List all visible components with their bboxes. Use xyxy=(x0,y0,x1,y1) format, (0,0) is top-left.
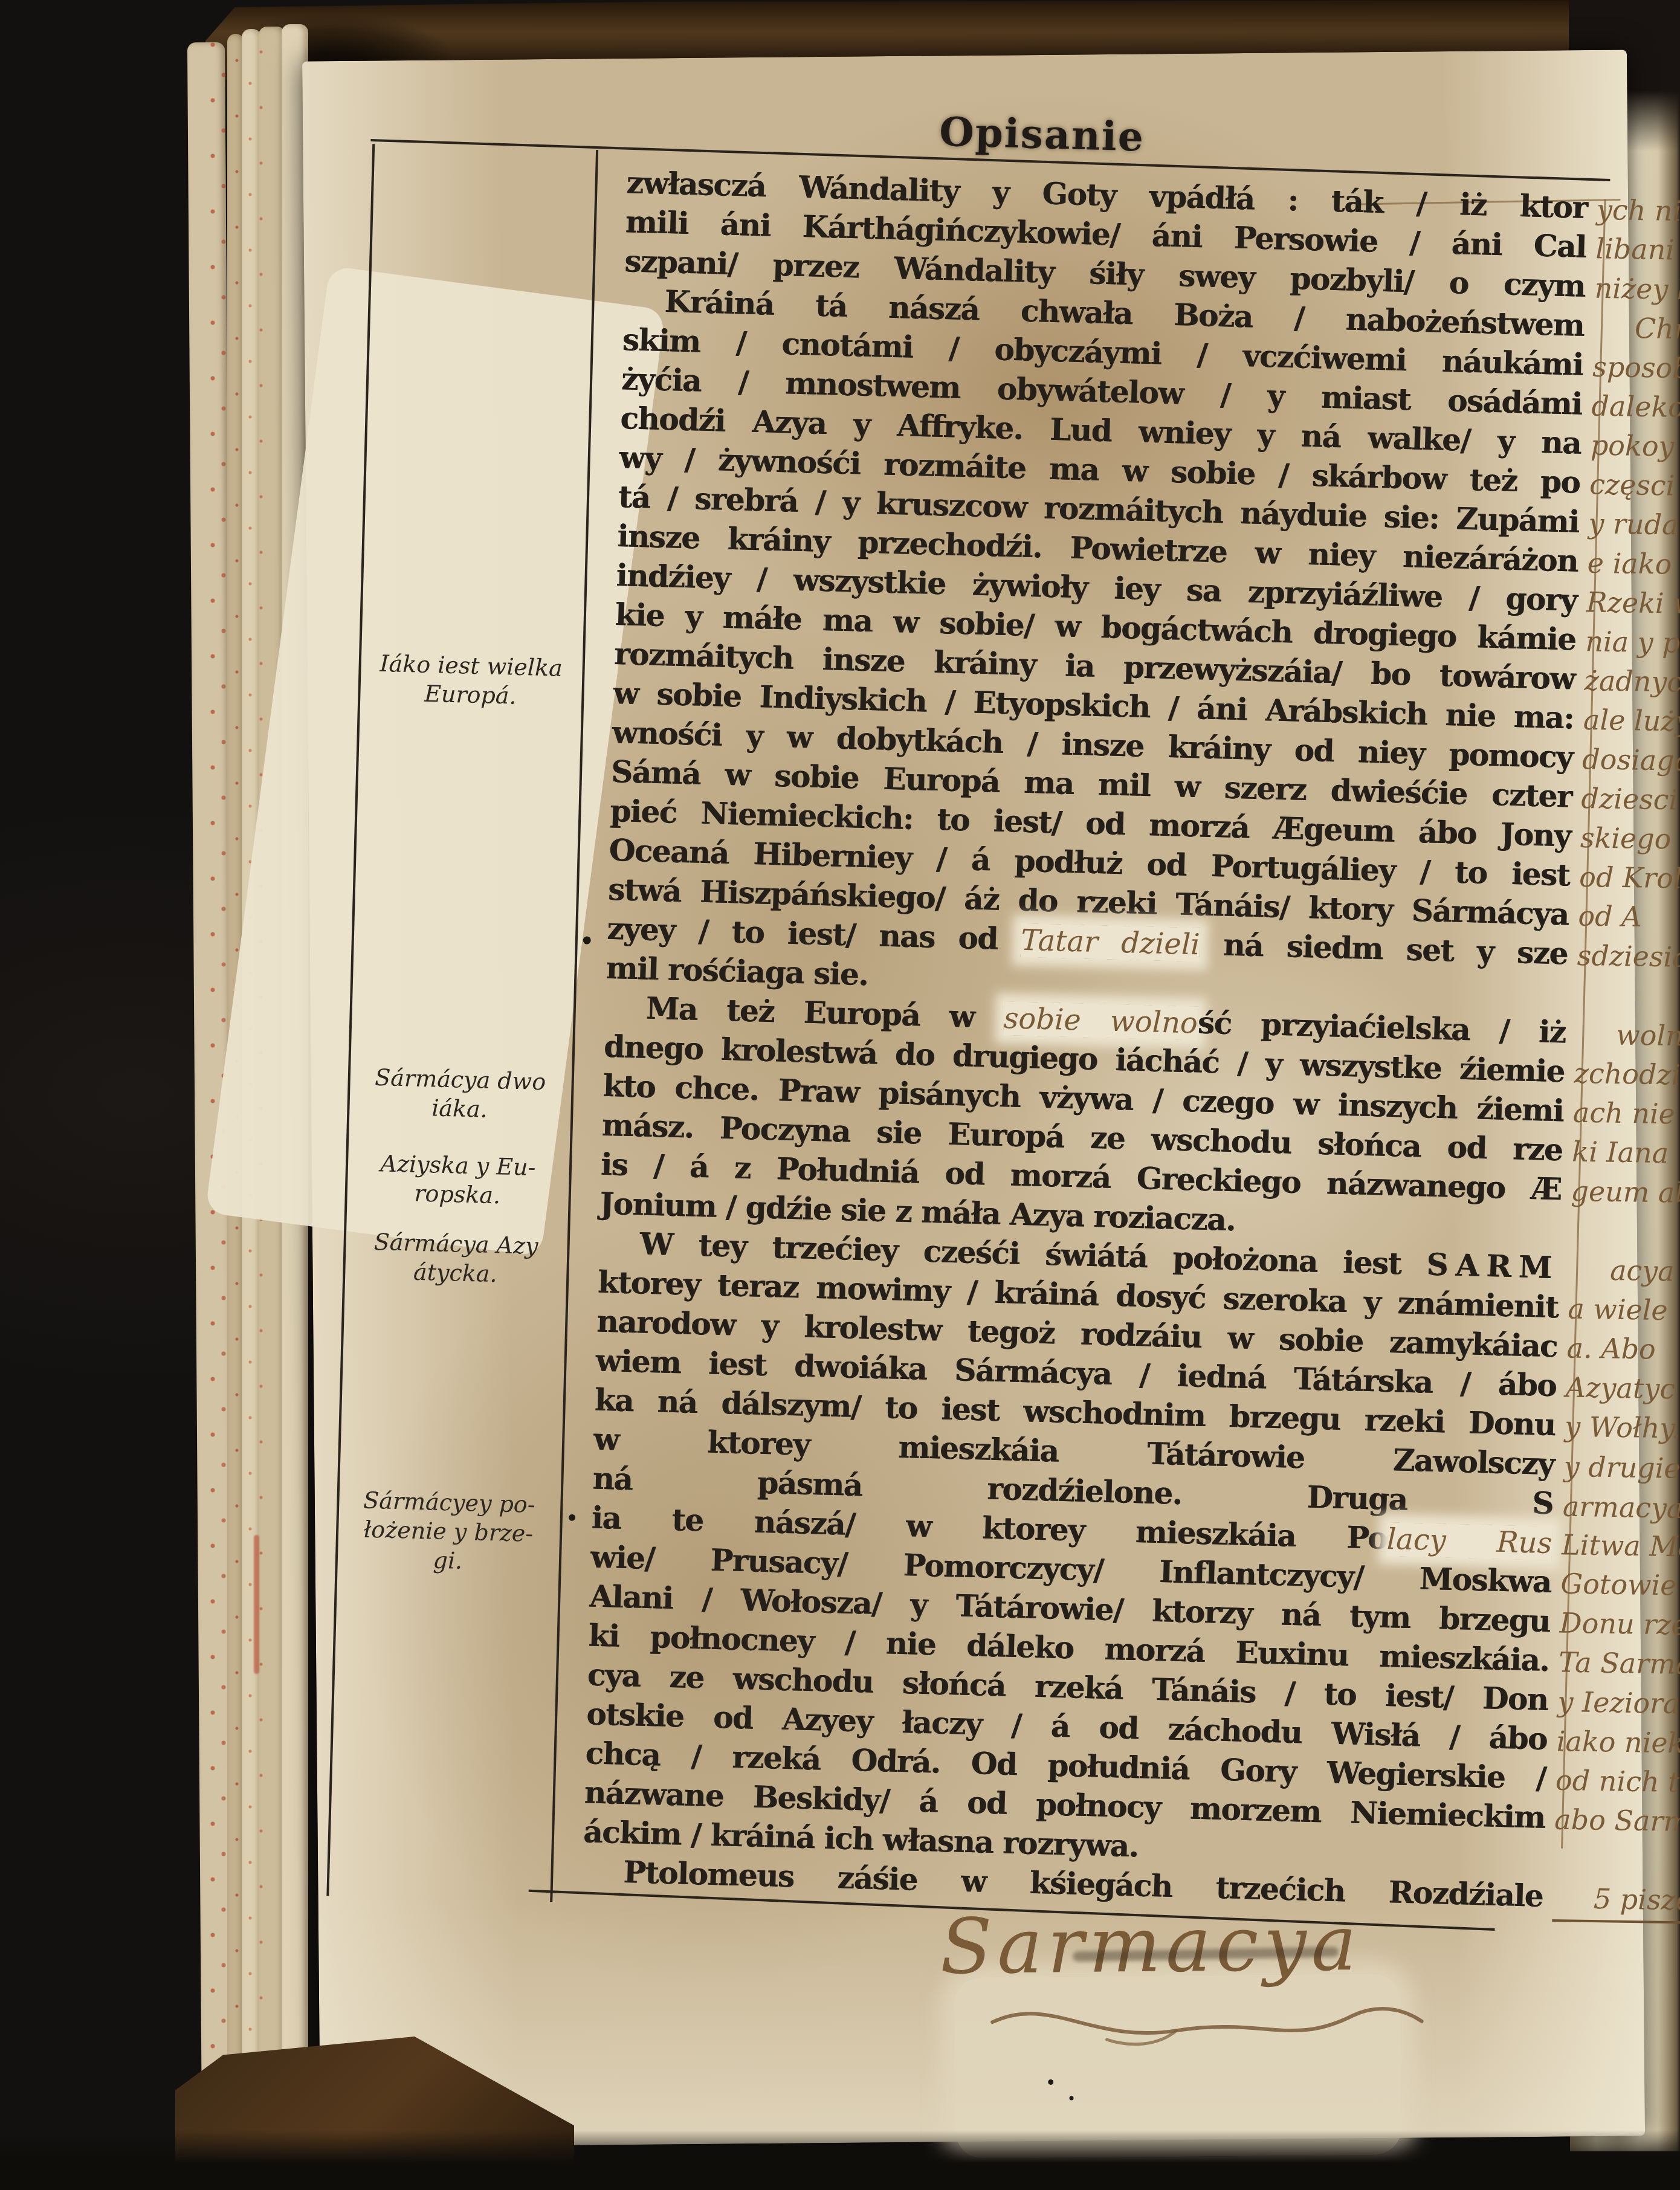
handwritten-margin-text: y Ieziora Me xyxy=(1557,1682,1680,1725)
margin-note: Sármácya Azyátycka. xyxy=(349,1227,563,1290)
margin-note: Iáko iest wielkaEuropá. xyxy=(364,648,578,712)
binding-shadow-bottom xyxy=(0,2130,1680,2190)
handwritten-margin-text: Chrześciań xyxy=(1593,308,1680,350)
handwritten-margin-text: od A xyxy=(1578,896,1642,937)
handwritten-margin-text: skiego do xyxy=(1580,818,1680,859)
handwritten-margin-text: 5 pisze. Iż xyxy=(1552,1879,1680,1925)
margin-note-line: Sármácya Azy xyxy=(349,1227,563,1261)
underline-flourish-icon xyxy=(977,1986,1438,2064)
handwritten-margin-text: Gotowie xyxy=(1560,1565,1677,1606)
handwritten-margin-text: Litwa Mazow xyxy=(1562,1525,1680,1568)
handwritten-margin-text: ale luży xyxy=(1583,700,1680,741)
handwritten-margin-text: Ta Sarma xyxy=(1559,1643,1680,1684)
handwritten-margin-text: libani Hi xyxy=(1595,229,1680,270)
handwritten-margin-text: zchodzić xyxy=(1574,1054,1680,1095)
handwritten-margin-text: pokoy goto xyxy=(1590,426,1680,468)
margin-note-line: gi. xyxy=(341,1543,554,1578)
handwritten-margin-text: acya o xyxy=(1569,1250,1680,1291)
margin-note-line: Aziyska y Eu- xyxy=(351,1148,564,1183)
handwritten-margin-text: sposobnoscią xyxy=(1592,347,1680,390)
handwritten-margin-text: Donu rze xyxy=(1559,1604,1680,1645)
handwritten-margin-text: niżey będzie xyxy=(1594,269,1680,311)
handwritten-margin-text: a. Abo xyxy=(1566,1328,1656,1369)
handwritten-margin-text: ach nie xyxy=(1572,1093,1675,1134)
handwritten-margin-text: nia y perel xyxy=(1585,622,1680,664)
red-stain xyxy=(254,1535,259,1674)
printed-text: Ma też Europá w xyxy=(645,990,1004,1035)
running-head: Opisanie xyxy=(939,108,1145,161)
handwritten-margin-text: y Wołhy. xyxy=(1565,1407,1680,1449)
printed-caps-text: SARM xyxy=(1426,1247,1560,1286)
handwritten-patch-text: lacy Rus xyxy=(1386,1522,1552,1560)
handwritten-margin-text: daleko prze xyxy=(1591,387,1680,428)
handwritten-margin-text: abo Sarma xyxy=(1554,1800,1680,1842)
handwritten-margin-text: wolno z ie xyxy=(1575,1015,1680,1057)
handwritten-margin-text: od Krole xyxy=(1579,858,1680,899)
frame-rule-left xyxy=(326,144,375,1896)
ink-stain xyxy=(1069,2096,1073,2101)
handwritten-margin-text: a wiele xyxy=(1568,1290,1668,1331)
handwritten-margin-text: e iako gdzie xyxy=(1587,544,1680,586)
margin-note: Sármácya dwoiáka. xyxy=(353,1062,567,1126)
handwritten-patch-text: Tatar dzieli xyxy=(1021,923,1201,962)
handwritten-margin-text: ki Iana xyxy=(1572,1132,1669,1174)
main-text-lines: zwłasczá Wándality y Goty vpádłá : ták /… xyxy=(582,163,1588,1916)
handwritten-annotation: Sarmacya xyxy=(940,1899,1362,1991)
ink-stain xyxy=(1048,2079,1053,2085)
margin-note: Sármácyey po-łożenie y brze-gi. xyxy=(341,1485,556,1578)
margin-note-line: Iáko iest wielka xyxy=(364,648,578,683)
handwritten-margin-text: ych nieprzeło xyxy=(1597,190,1680,233)
handwritten-margin-text: iako niektorzy xyxy=(1556,1722,1680,1764)
handwritten-margin-text: częsci zło xyxy=(1589,465,1680,506)
handwritten-margin-text: dosiagalo xyxy=(1582,740,1680,781)
margin-note-line: átycka. xyxy=(349,1256,562,1290)
handwritten-margin-text: sdziesiat xyxy=(1577,936,1680,977)
handwritten-patch-text: sobie wolno xyxy=(1003,1001,1198,1040)
printed-text-frame: Opisanie zwłasczá Wándality y Goty vpádł… xyxy=(288,95,1644,2050)
margin-note-line: iáka. xyxy=(353,1091,566,1126)
handwritten-margin-text: geum abo xyxy=(1571,1172,1680,1213)
handwritten-margin-text: y rudami xyxy=(1588,504,1680,545)
handwritten-margin-text: y drugie hordy ich xyxy=(1563,1447,1680,1491)
margin-note-line: łożenie y brze- xyxy=(342,1514,555,1549)
handwritten-margin-text: żadnych xyxy=(1584,661,1680,702)
margin-note-line: ropska. xyxy=(351,1177,564,1212)
printed-text: mil rośćiaga sie. xyxy=(606,950,868,992)
handwritten-margin-text: od nich tam xyxy=(1556,1761,1680,1803)
margin-note: Aziyska y Eu-ropska. xyxy=(351,1148,564,1212)
handwritten-margin-text: dziesci y xyxy=(1581,779,1680,820)
handwritten-margin-text: Rzeki wiel xyxy=(1586,583,1680,624)
margin-note-line: Europá. xyxy=(364,677,577,712)
book-photo: Opisanie zwłasczá Wándality y Goty vpádł… xyxy=(0,0,1680,2190)
margin-note-line: Sármácya dwo xyxy=(354,1062,567,1097)
handwritten-margin-text: Azyatyc xyxy=(1566,1368,1676,1409)
